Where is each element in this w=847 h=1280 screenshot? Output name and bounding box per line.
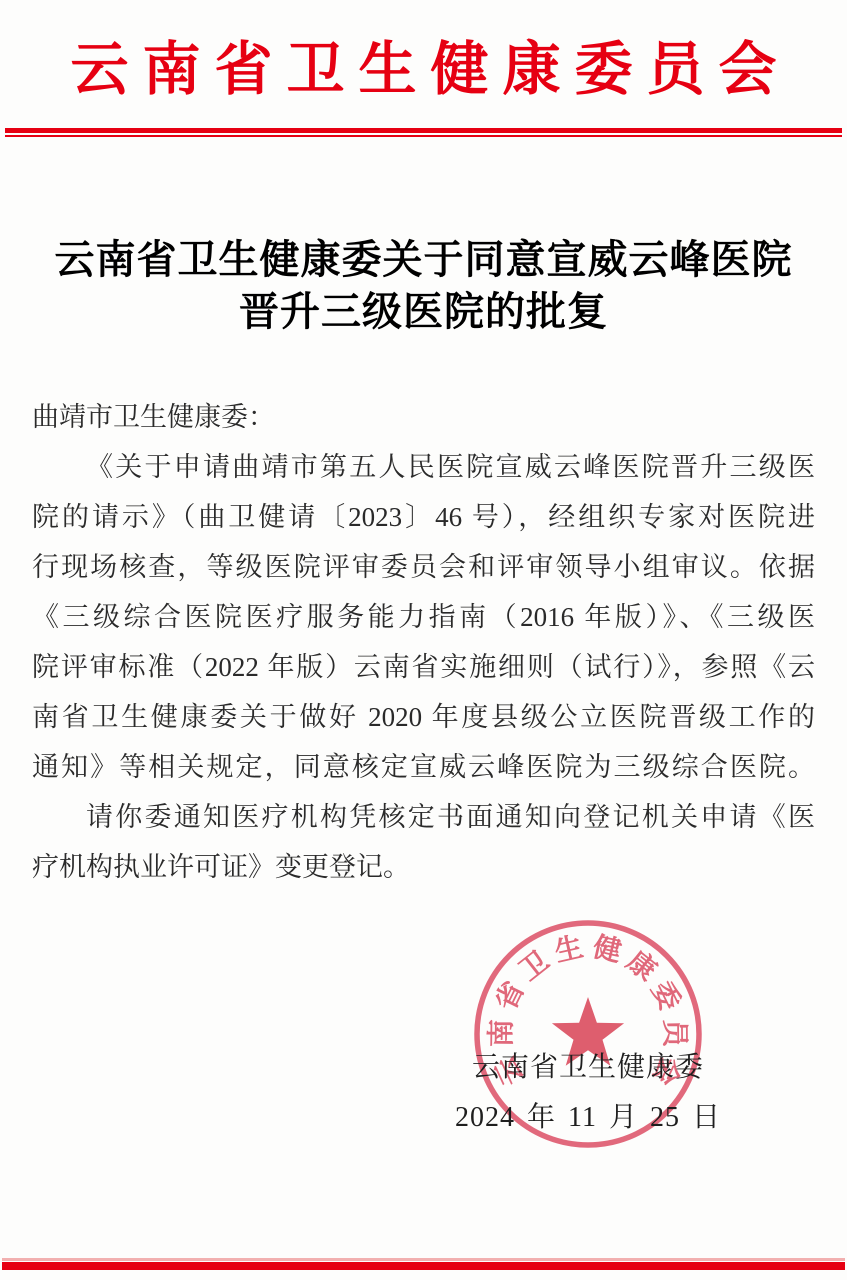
- body-line: 请你委通知医疗机构凭核定书面通知向登记机关申请《医: [32, 792, 815, 842]
- body-line: 南省卫生健康委关于做好 2020 年度县级公立医院晋级工作的: [32, 692, 815, 742]
- issuer-name: 云南省卫生健康委: [440, 1050, 736, 1086]
- body-line: 院评审标准（2022 年版）云南省实施细则（试行）》，参照《云: [32, 642, 815, 692]
- footer-thick-bar: [2, 1262, 845, 1270]
- seal-arc-char: 健: [590, 931, 624, 968]
- official-document-page: 云南省卫生健康委员会 云南省卫生健康委关于同意宣威云峰医院 晋升三级医院的批复 …: [0, 0, 847, 1280]
- seal-arc-char: 康: [621, 944, 663, 987]
- body-line: 《三级综合医院医疗服务能力指南（2016 年版）》、《三级医: [32, 592, 815, 642]
- document-body: 曲靖市卫生健康委： 《关于申请曲靖市第五人民医院宣威云峰医院晋升三级医 院的请示…: [32, 392, 815, 892]
- body-line: 院的请示》（曲卫健请〔2023〕46 号），经组织专家对医院进: [32, 492, 815, 542]
- document-title-line-1: 云南省卫生健康委关于同意宣威云峰医院: [0, 234, 847, 286]
- seal-arc-char: 委: [645, 976, 686, 1015]
- seal-arc-char: 生: [552, 931, 586, 968]
- document-title-line-2: 晋升三级医院的批复: [0, 286, 847, 338]
- body-line: 《关于申请曲靖市第五人民医院宣威云峰医院晋升三级医: [32, 442, 815, 492]
- document-title: 云南省卫生健康委关于同意宣威云峰医院 晋升三级医院的批复: [0, 234, 847, 338]
- recipient-line: 曲靖市卫生健康委：: [32, 392, 815, 442]
- body-line: 行现场核查，等级医院评审委员会和评审领导小组审议。依据: [32, 542, 815, 592]
- letterhead-agency-name: 云南省卫生健康委员会: [0, 36, 847, 104]
- body-line: 通知》等相关规定，同意核定宣威云峰医院为三级综合医院。: [32, 742, 815, 792]
- seal-arc-char: 南: [485, 1019, 517, 1047]
- letterhead-divider: [5, 128, 842, 137]
- body-line: 疗机构执业许可证》变更登记。: [32, 842, 815, 892]
- seal-arc-char: 省: [490, 976, 531, 1015]
- footer-divider: [2, 1258, 845, 1270]
- seal-arc-char: 卫: [514, 946, 555, 988]
- seal-arc-char: 员: [658, 1019, 690, 1049]
- issue-date: 2024 年 11 月 25 日: [440, 1100, 736, 1136]
- divider-thin-bar: [5, 135, 842, 137]
- signoff-block: 云南省卫生健康委 2024 年 11 月 25 日: [440, 1050, 736, 1136]
